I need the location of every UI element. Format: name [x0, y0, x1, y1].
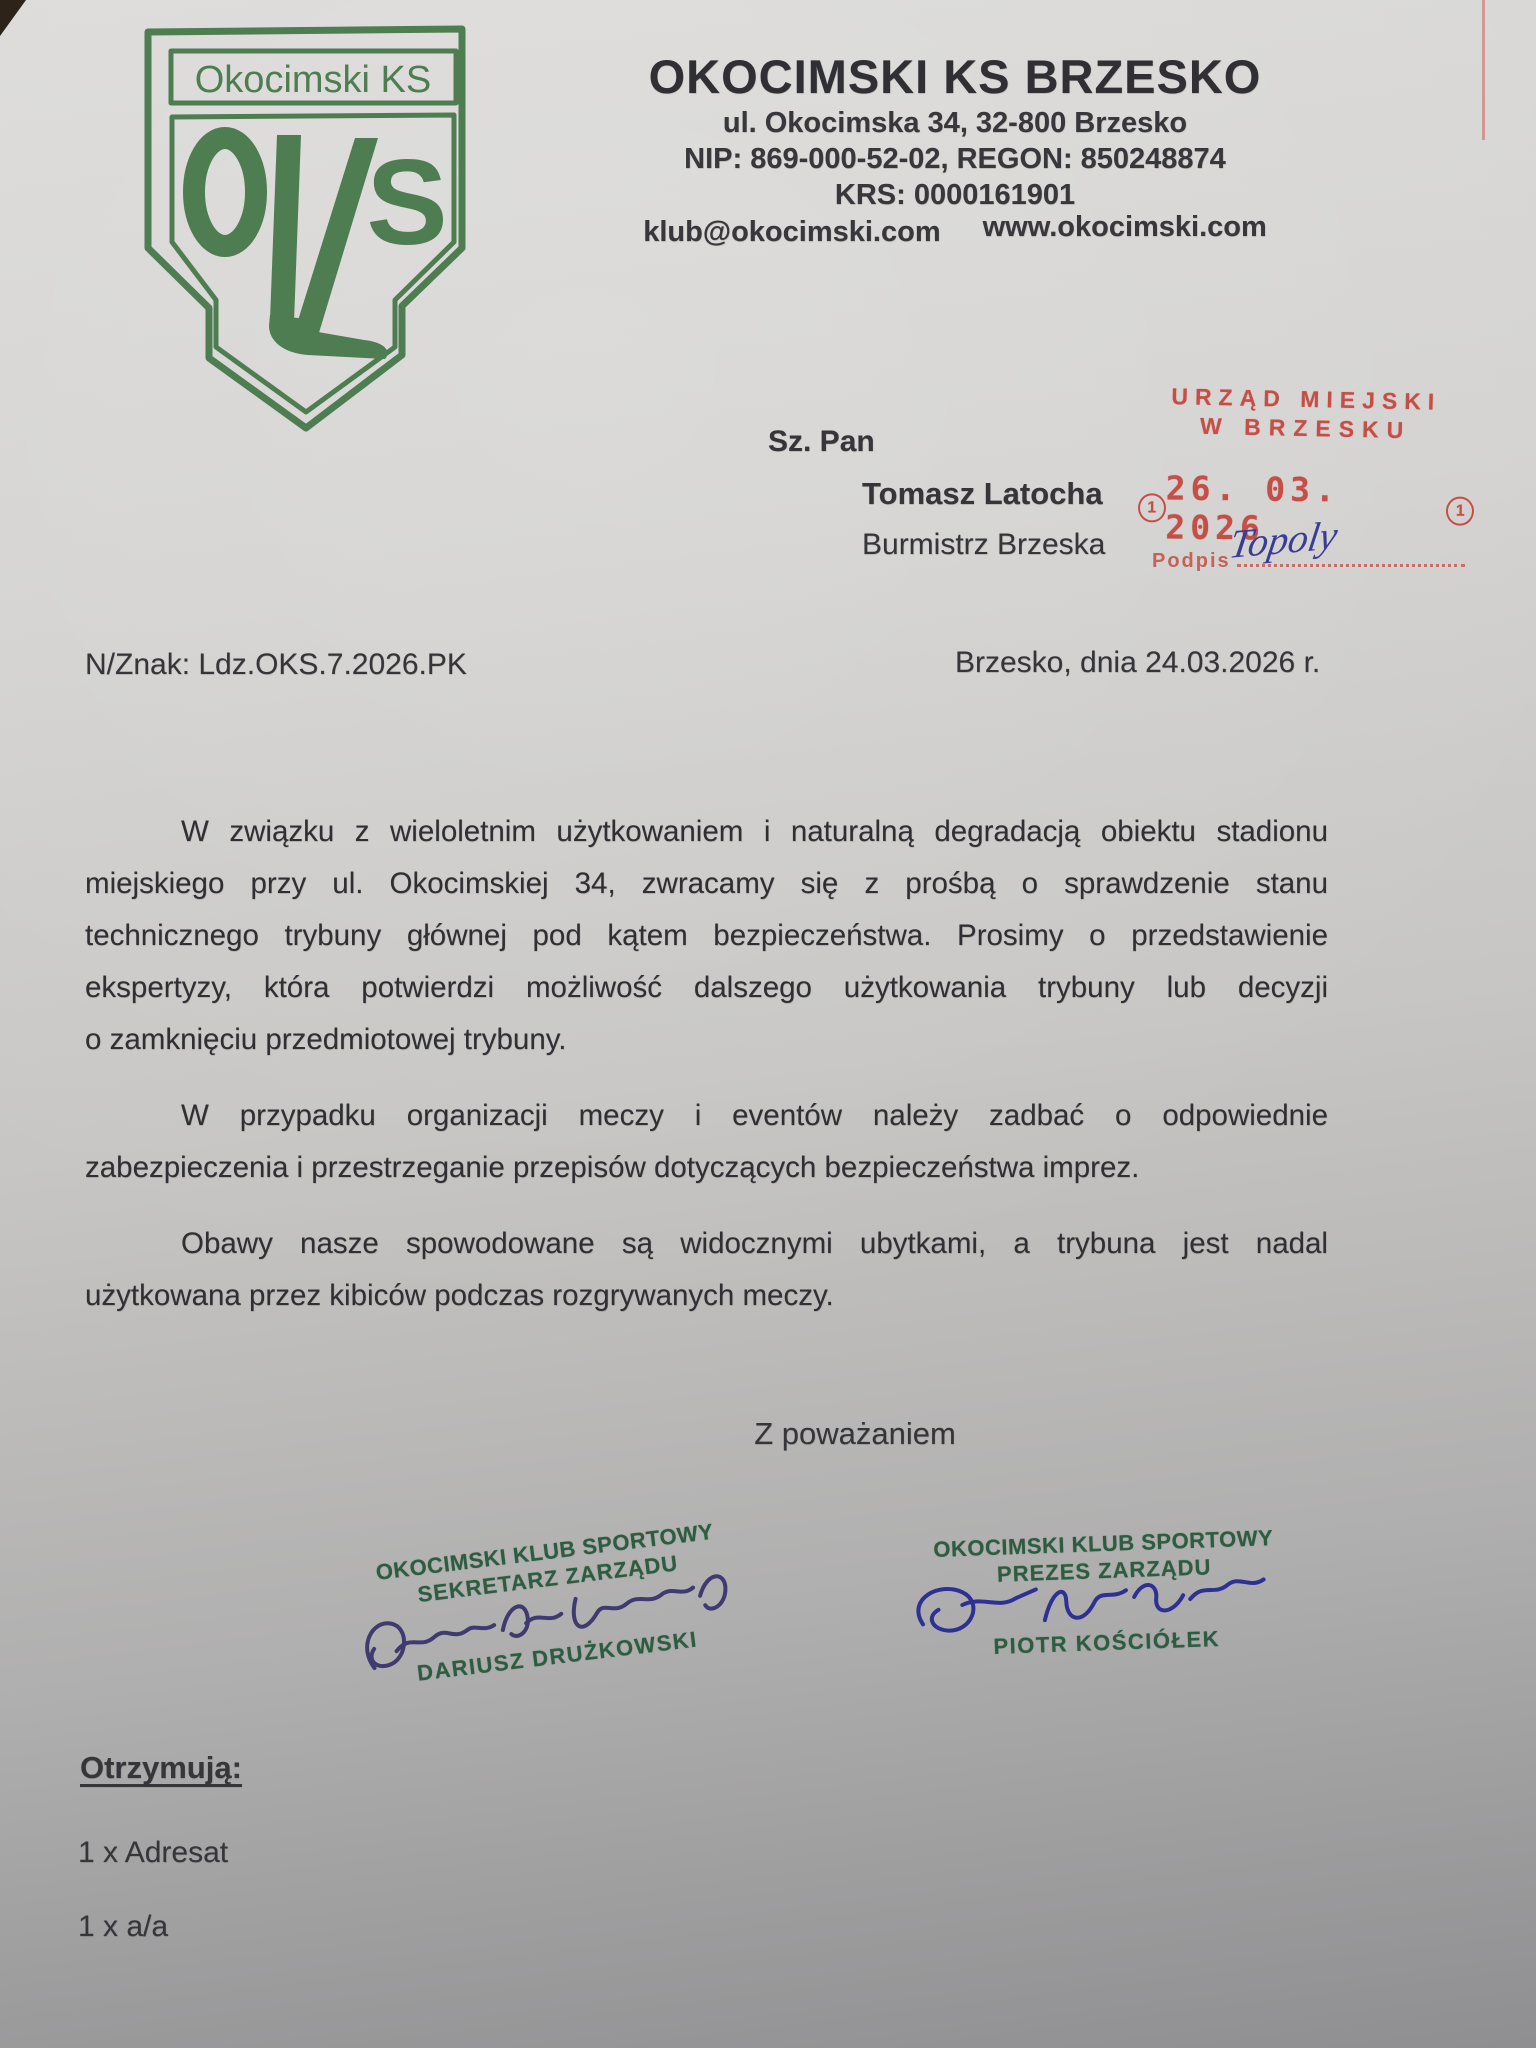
body-line: Obawy nasze spowodowane są widocznymi ub…: [85, 1218, 1328, 1270]
body-line: W związku z wieloletnim użytkowaniem i n…: [85, 806, 1328, 858]
shield-crest-icon: Okocimski KS S: [112, 20, 480, 444]
city-stamp-line1: URZĄD MIEJSKI: [1138, 382, 1474, 416]
body-line: o zamknięciu przedmiotowej trybuny.: [85, 1014, 1328, 1066]
paper-edge-mark: [1482, 0, 1485, 140]
recipient-salutation: Sz. Pan: [768, 425, 875, 459]
logo-banner-text-svg: Okocimski KS: [195, 59, 431, 101]
club-crest-logo: Okocimski KS S: [112, 20, 480, 444]
club-nip-regon: NIP: 869-000-52-02, REGON: 850248874: [470, 142, 1440, 176]
letterhead: OKOCIMSKI KS BRZESKO ul. Okocimska 34, 3…: [470, 50, 1440, 249]
letter-body: W związku z wieloletnim użytkowaniem i n…: [85, 806, 1328, 1322]
recipient-name: Tomasz Latocha: [862, 476, 1103, 512]
body-line: miejskiego przy ul. Okocimskiej 34, zwra…: [85, 858, 1328, 910]
president-stamp-block: OKOCIMSKI KLUB SPORTOWY PREZES ZARZĄDU P…: [896, 1523, 1314, 1663]
place-and-date: Brzesko, dnia 24.03.2026 r.: [955, 646, 1320, 680]
club-website: www.okocimski.com: [983, 210, 1267, 244]
svg-text:S: S: [366, 134, 447, 270]
body-line: ekspertyzy, która potwierdzi możliwość d…: [85, 962, 1328, 1014]
stamp-circle-left: 1: [1138, 493, 1166, 522]
scanned-letter-page: Okocimski KS S OKOCIMSKI KS BRZESKO ul. …: [0, 0, 1536, 2048]
body-line: W przypadku organizacji meczy i eventów …: [85, 1090, 1328, 1142]
body-line: technicznego trybuny głównej pod kątem b…: [85, 910, 1328, 962]
city-office-stamp: URZĄD MIEJSKI W BRZESKU: [1137, 382, 1474, 445]
distribution-heading: Otrzymują:: [80, 1750, 242, 1786]
closing-phrase: Z poważaniem: [655, 1416, 1055, 1452]
stamp-circle-right: 1: [1446, 496, 1474, 525]
podpis-label: Podpis: [1152, 550, 1231, 573]
recipient-title: Burmistrz Brzeska: [862, 528, 1105, 562]
distribution-item: 1 x Adresat: [78, 1836, 228, 1870]
body-line: zabezpieczenia i przestrzeganie przepisó…: [85, 1142, 1328, 1194]
podpis-row: Podpis Topoly: [1152, 550, 1472, 573]
distribution-item: 1 x a/a: [78, 1910, 168, 1944]
club-krs: KRS: 0000161901: [470, 178, 1440, 212]
club-contact-line: klub@okocimski.comwww.okocimski.com: [470, 215, 1440, 249]
reference-number: N/Znak: Ldz.OKS.7.2026.PK: [85, 648, 467, 682]
club-email: klub@okocimski.com: [643, 216, 940, 248]
clerk-handwritten-signature: Topoly: [1226, 511, 1341, 568]
club-name-title: OKOCIMSKI KS BRZESKO: [470, 50, 1440, 104]
club-address: ul. Okocimska 34, 32-800 Brzesko: [470, 106, 1440, 140]
body-line: użytkowana przez kibiców podczas rozgryw…: [85, 1270, 1328, 1322]
